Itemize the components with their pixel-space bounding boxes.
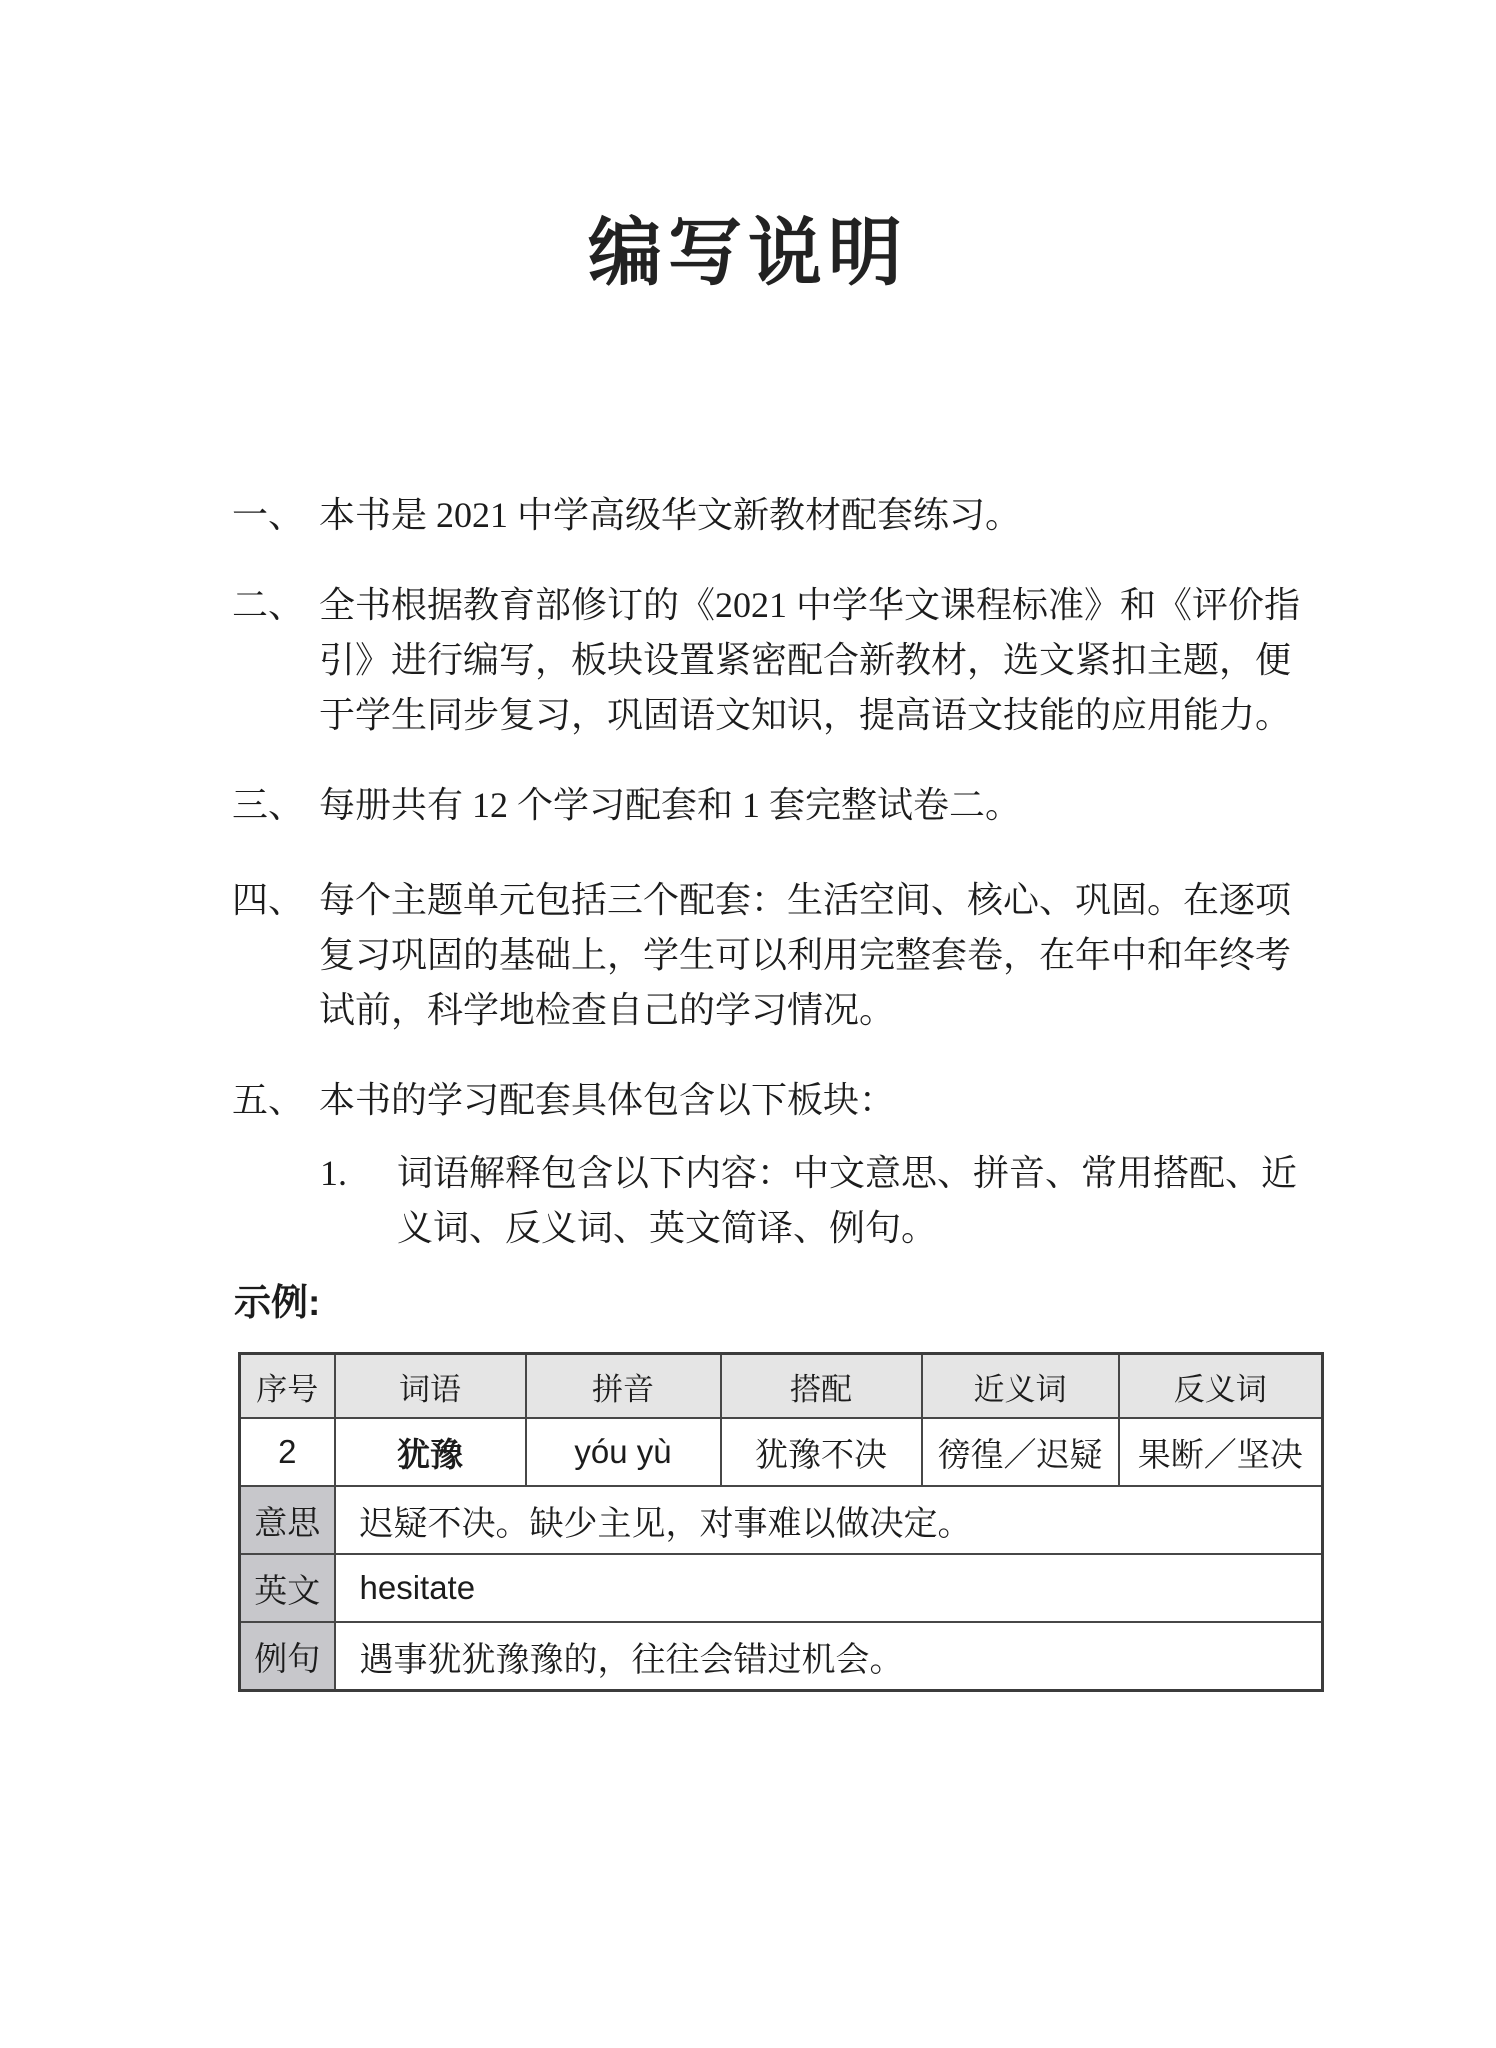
list-item-4-line-1: 每个主题单元包括三个配套：生活空间、核心、巩固。在逐项 [319,873,1327,928]
header-cell-pinyin: 拼音 [526,1354,721,1419]
list-item-4-label: 四、 [232,873,304,928]
word-index-cell: 2 [240,1418,335,1486]
list-item-3-line-1: 每册共有 12 个学习配套和 1 套完整试卷二。 [319,778,1327,833]
list-item-4-line-3: 试前，科学地检查自己的学习情况。 [319,983,1327,1038]
collocation-cell: 犹豫不决 [721,1418,922,1486]
list-item-5-line-1: 本书的学习配套具体包含以下板块： [319,1073,1327,1128]
english-label-cell: 英文 [240,1554,335,1622]
header-cell-word: 词语 [335,1354,526,1419]
word-cell: 犹豫 [335,1418,526,1486]
list-item-2-line-1: 全书根据教育部修订的《2021 中学华文课程标准》和《评价指 [319,578,1327,633]
sub-list-item-1-line-1: 词语解释包含以下内容：中文意思、拼音、常用搭配、近 [397,1146,1330,1201]
sentence-row: 例句 遇事犹犹豫豫的，往往会错过机会。 [240,1622,1323,1691]
header-cell-antonym: 反义词 [1119,1354,1323,1419]
header-cell-collocation: 搭配 [721,1354,922,1419]
list-item-1: 一、 本书是 2021 中学高级华文新教材配套练习。 [232,488,1327,543]
list-item-1-label: 一、 [232,488,304,543]
list-item-1-line-1: 本书是 2021 中学高级华文新教材配套练习。 [319,488,1327,543]
meaning-value-cell: 迟疑不决。缺少主见，对事难以做决定。 [335,1486,1323,1554]
vocab-table: 序号 词语 拼音 搭配 近义词 反义词 2 犹豫 yóu yù 犹豫不决 徬徨／… [238,1352,1324,1692]
header-cell-index: 序号 [240,1354,335,1419]
vocab-table-word-row: 2 犹豫 yóu yù 犹豫不决 徬徨／迟疑 果断／坚决 [240,1418,1323,1486]
list-item-2-line-3: 于学生同步复习，巩固语文知识，提高语文技能的应用能力。 [319,688,1327,743]
list-item-4-line-2: 复习巩固的基础上，学生可以利用完整套卷，在年中和年终考 [319,928,1327,983]
english-row: 英文 hesitate [240,1554,1323,1622]
page-title: 编写说明 [0,216,1496,290]
list-item-2-label: 二、 [232,578,304,633]
list-item-4: 四、 每个主题单元包括三个配套：生活空间、核心、巩固。在逐项 复习巩固的基础上，… [232,873,1327,1038]
antonym-cell: 果断／坚决 [1119,1418,1323,1486]
example-label: 示例: [234,1281,320,1325]
pinyin-cell: yóu yù [526,1418,721,1486]
sub-list-item-1: 1. 词语解释包含以下内容：中文意思、拼音、常用搭配、近 义词、反义词、英文简译… [320,1146,1330,1256]
list-item-5: 五、 本书的学习配套具体包含以下板块： [232,1073,1327,1128]
vocab-table-header-row: 序号 词语 拼音 搭配 近义词 反义词 [240,1354,1323,1419]
list-item-2: 二、 全书根据教育部修订的《2021 中学华文课程标准》和《评价指 引》进行编写… [232,578,1327,743]
sentence-label-cell: 例句 [240,1622,335,1691]
sentence-value-cell: 遇事犹犹豫豫的，往往会错过机会。 [335,1622,1323,1691]
list-item-5-label: 五、 [232,1073,304,1128]
document-page: 编写说明 一、 本书是 2021 中学高级华文新教材配套练习。 二、 全书根据教… [0,0,1496,2048]
sub-list-item-1-line-2: 义词、反义词、英文简译、例句。 [397,1201,1330,1256]
list-item-3: 三、 每册共有 12 个学习配套和 1 套完整试卷二。 [232,778,1327,833]
header-cell-synonym: 近义词 [922,1354,1119,1419]
list-item-2-line-2: 引》进行编写，板块设置紧密配合新教材，选文紧扣主题，便 [319,633,1327,688]
meaning-row: 意思 迟疑不决。缺少主见，对事难以做决定。 [240,1486,1323,1554]
english-value-cell: hesitate [335,1554,1323,1622]
list-item-3-label: 三、 [232,778,304,833]
sub-list-item-1-label: 1. [320,1146,347,1201]
synonym-cell: 徬徨／迟疑 [922,1418,1119,1486]
meaning-label-cell: 意思 [240,1486,335,1554]
